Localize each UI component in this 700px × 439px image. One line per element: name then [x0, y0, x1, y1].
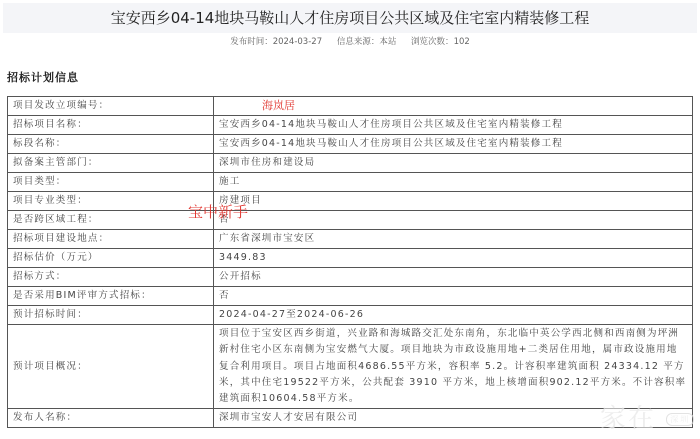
row-value: 广东省深圳市宝安区: [214, 230, 693, 249]
corner-watermark-badge: 深圳: [666, 413, 694, 426]
table-row: 是否跨区域工程： 否: [8, 211, 693, 230]
bidding-plan-table: 项目发改立项编号： 海岚居 招标项目名称： 宝安西乡04-14地块马鞍山人才住房…: [7, 96, 693, 428]
table-row: 是否采用BIM评审方式招标： 否: [8, 287, 693, 306]
row-label: 招标项目建设地点：: [8, 230, 214, 249]
table-row: 拟备案主管部门： 深圳市住房和建设局: [8, 154, 693, 173]
row-value: 宝安西乡04-14地块马鞍山人才住房项目公共区域及住宅室内精装修工程: [214, 116, 693, 135]
row-label: 标段名称：: [8, 135, 214, 154]
row-label: 项目发改立项编号：: [8, 97, 214, 116]
row-value: 深圳市住房和建设局: [214, 154, 693, 173]
source: 信息来源：本站: [337, 37, 397, 47]
publish-time-value: 2024-03-27: [273, 37, 322, 47]
source-label: 信息来源：: [337, 37, 380, 47]
table-row: 发布人名称： 深圳市宝安人才安居有限公司: [8, 409, 693, 428]
row-value: 项目位于宝安区西乡街道，兴业路和海城路交汇处东南角，东北临中英公学西北侧和西南侧…: [214, 325, 693, 409]
row-value: 2024-04-27至2024-06-26: [214, 306, 693, 325]
row-label: 项目类型：: [8, 173, 214, 192]
row-label: 预计招标时间：: [8, 306, 214, 325]
row-value: 否: [214, 211, 693, 230]
row-label: 招标项目名称：: [8, 116, 214, 135]
row-value: 否: [214, 287, 693, 306]
view-count: 浏览次数：102: [411, 37, 470, 47]
table-row: 招标方式： 公开招标: [8, 268, 693, 287]
row-value: 3449.83: [214, 249, 693, 268]
table-row: 招标项目建设地点： 广东省深圳市宝安区: [8, 230, 693, 249]
table-row: 项目专业类型： 房建项目: [8, 192, 693, 211]
views-label: 浏览次数：: [411, 37, 454, 47]
table-row: 招标项目名称： 宝安西乡04-14地块马鞍山人才住房项目公共区域及住宅室内精装修…: [8, 116, 693, 135]
source-value: 本站: [379, 37, 396, 47]
publish-time-label: 发布时间：: [230, 37, 273, 47]
article-meta: 发布时间：2024-03-27 信息来源：本站 浏览次数：102: [0, 36, 700, 48]
corner-watermark-text: 家在: [600, 404, 656, 434]
red-watermark: 宝中新手: [188, 201, 248, 222]
row-label: 是否跨区域工程：: [8, 211, 214, 230]
corner-watermark: 家在 深圳: [600, 398, 694, 435]
table-row: 预计项目概况： 项目位于宝安区西乡街道，兴业路和海城路交汇处东南角，东北临中英公…: [8, 325, 693, 409]
row-label: 项目专业类型：: [8, 192, 214, 211]
row-value: 海岚居: [214, 97, 693, 116]
row-label: 发布人名称：: [8, 409, 214, 428]
page-title: 宝安西乡04-14地块马鞍山人才住房项目公共区域及住宅室内精装修工程: [0, 3, 700, 33]
row-label: 预计项目概况：: [8, 325, 214, 409]
table-row: 预计招标时间： 2024-04-27至2024-06-26: [8, 306, 693, 325]
section-title: 招标计划信息: [7, 69, 79, 85]
table-row: 项目发改立项编号： 海岚居: [8, 97, 693, 116]
row-label: 招标估价（万元）: [8, 249, 214, 268]
row-value: 宝安西乡04-14地块马鞍山人才住房项目公共区域及住宅室内精装修工程: [214, 135, 693, 154]
row-label: 拟备案主管部门：: [8, 154, 214, 173]
row-label: 招标方式：: [8, 268, 214, 287]
row-value: 施工: [214, 173, 693, 192]
table-row: 项目类型： 施工: [8, 173, 693, 192]
publish-time: 发布时间：2024-03-27: [230, 37, 322, 47]
table-row: 标段名称： 宝安西乡04-14地块马鞍山人才住房项目公共区域及住宅室内精装修工程: [8, 135, 693, 154]
row-value: 公开招标: [214, 268, 693, 287]
views-value: 102: [454, 37, 470, 47]
row-value: 房建项目: [214, 192, 693, 211]
row-label: 是否采用BIM评审方式招标：: [8, 287, 214, 306]
table-row: 招标估价（万元） 3449.83: [8, 249, 693, 268]
